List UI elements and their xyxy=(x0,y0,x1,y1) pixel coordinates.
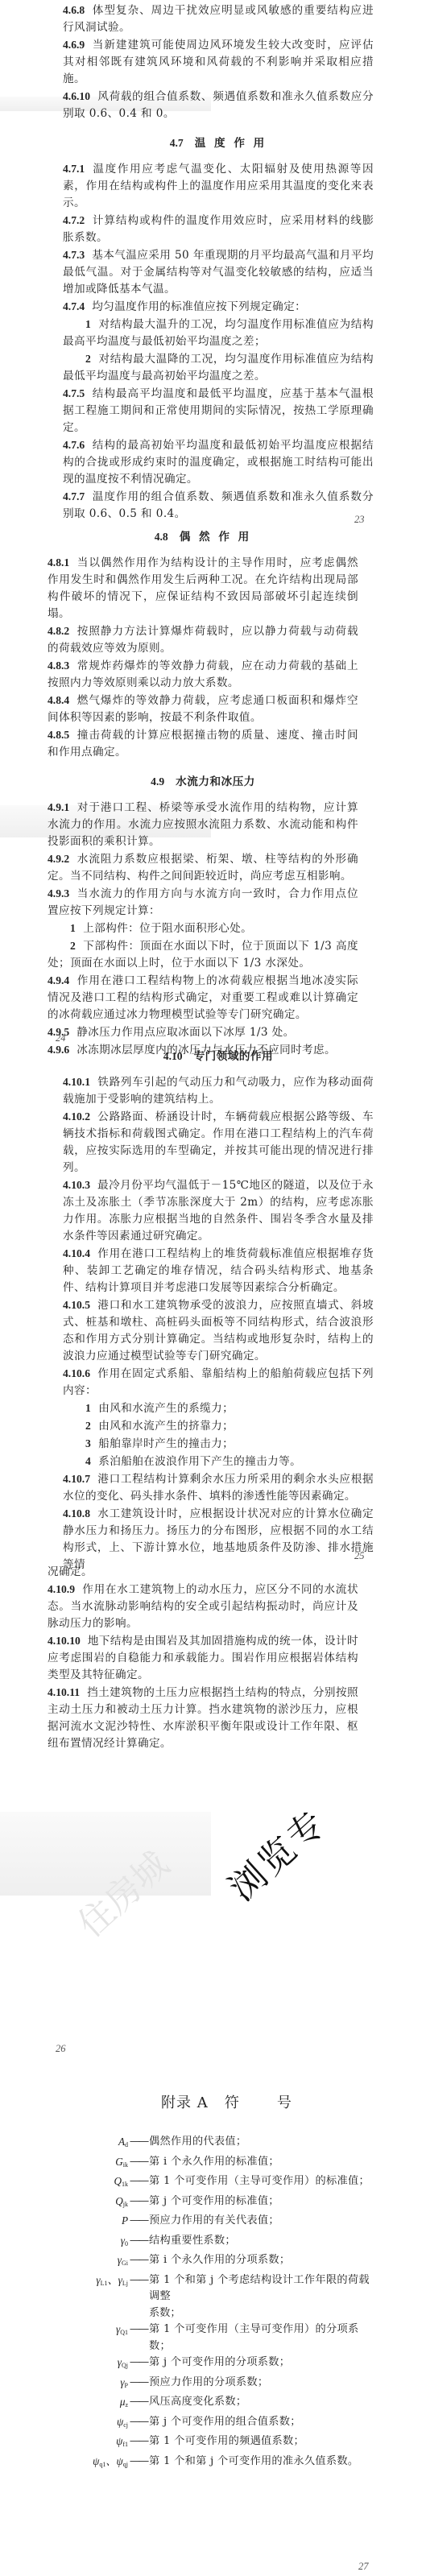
symbol-row: γL1、γLj —— 第 1 个和第 j 个考虑结构设计工作年限的荷载调整 xyxy=(32,2272,370,2305)
symbol: ψcj xyxy=(32,2414,128,2434)
symbol-definition: 第 1 个和第 j 个考虑结构设计工作年限的荷载调整 xyxy=(149,2272,370,2305)
clause-4-7-6: 4.7.6结构的最高初始平均温度和最低初始平均温度应根据结构的合拢或形成约束时的… xyxy=(63,436,374,488)
clause-4-7-4-item-1: 1对结构最大温升的工况，均匀温度作用标准值应为结构最高平均温度与最低初始平均温度… xyxy=(63,316,374,350)
clause-4-10-1: 4.10.1铁路列车引起的气动压力和气动吸力，应作为移动面荷载施加于受影响的建筑… xyxy=(63,1073,374,1108)
clause-4-10-6-item-1: 1由风和水流产生的系缆力； xyxy=(63,1400,374,1417)
clause-4-7-7: 4.7.7温度作用的组合值系数、频遇值系数和准永久值系数分别取 0.6、0.5 … xyxy=(63,488,374,523)
clause-4-10-9: 4.10.9作用在水工建筑物上的动水压力，应区分不同的水流状态。当水流脉动影响结… xyxy=(48,1581,358,1632)
clause-4-7-2: 4.7.2计算结构或构件的温度作用效应时，应采用材料的线膨胀系数。 xyxy=(63,212,374,246)
page-number-27: 27 xyxy=(358,2561,369,2573)
clause-4-10-10: 4.10.10地下结构是由围岩及其加固措施构成的统一体，设计时应考虑围岩的自稳能… xyxy=(48,1632,358,1684)
clause-4-10-6: 4.10.6作用在固定式系船、靠船结构上的船舶荷载应包括下列内容： xyxy=(63,1365,374,1400)
symbol-definition: 第 j 个可变作用的分项系数； xyxy=(149,2355,370,2375)
clause-4-10-3: 4.10.3最冷月份平均气温低于－15℃地区的隧道，以及位于永冻土及冻胀土（季节… xyxy=(63,1176,374,1245)
symbol: μz xyxy=(32,2394,128,2414)
symbol-row: P —— 预应力作用的有关代表值； xyxy=(32,2213,370,2233)
symbol-list: Ad —— 偶然作用的代表值； Gik —— 第 i 个永久作用的标准值； Q1… xyxy=(32,2134,370,2473)
clause-4-8-4: 4.8.4燃气爆炸的等效静力荷载，应考虑通口板面积和爆炸空间体积等因素的影响，按… xyxy=(48,692,358,726)
symbol-definition: 第 1 个可变作用（主导可变作用）的分项系数； xyxy=(149,2322,370,2355)
symbol: γP xyxy=(32,2375,128,2395)
page-number-24: 24 xyxy=(56,1032,66,1044)
symbol-row: γGi —— 第 i 个永久作用的分项系数； xyxy=(32,2252,370,2272)
clause-4-10-6-item-3: 3船舶靠岸时产生的撞击力； xyxy=(63,1435,374,1453)
clause-4-8-5: 4.8.5撞击荷载的计算应根据撞击物的质量、速度、撞击时间和作用点确定。 xyxy=(48,726,358,761)
page-25-content: 4.10专门领域的作用 4.10.1铁路列车引起的气动压力和气动吸力，应作为移动… xyxy=(63,1047,374,1573)
clause-4-6-8: 4.6.8体型复杂、周边干扰效应明显或风敏感的重要结构应进行风洞试验。 xyxy=(63,2,374,36)
section-heading-4-8: 4.8偶 然 作 用 xyxy=(48,527,358,544)
page-number-26: 26 xyxy=(56,2043,66,2055)
page-26-content: 况确定。 4.10.9作用在水工建筑物上的动水压力，应区分不同的水流状态。当水流… xyxy=(48,1564,358,1752)
clause-4-10-8-continuation: 况确定。 xyxy=(48,1564,358,1581)
symbol-row: Q1k —— 第 1 个可变作用（主导可变作用）的标准值； xyxy=(32,2173,370,2194)
clause-4-6-9: 4.6.9当新建建筑可能使周边风环境发生较大改变时，应评估其对相邻既有建筑风环境… xyxy=(63,36,374,88)
symbol: γL1、γLj xyxy=(32,2272,128,2305)
symbol-definition: 第 1 个和第 j 个可变作用的准永久值系数。 xyxy=(149,2454,370,2474)
symbol-row: Ad —— 偶然作用的代表值； xyxy=(32,2134,370,2154)
clause-4-10-7: 4.10.7港口工程结构计算剩余水压力所采用的剩余水头应根据水位的变化、码头排水… xyxy=(63,1470,374,1505)
clause-4-9-5: 4.9.5静冰压力作用点应取冰面以下冰厚 1/3 处。 xyxy=(48,1023,358,1041)
page-23-content: 4.6.8体型复杂、周边干扰效应明显或风敏感的重要结构应进行风洞试验。 4.6.… xyxy=(63,2,374,523)
symbol: Q1k xyxy=(32,2173,128,2194)
clause-4-8-3: 4.8.3常规炸药爆炸的等效静力荷载，应在动力荷载的基础上按照内力等效原则乘以动… xyxy=(48,657,358,692)
symbol: Gik xyxy=(32,2154,128,2174)
symbol: ψq1、ψqj xyxy=(32,2454,128,2474)
clause-4-9-1: 4.9.1对于港口工程、桥梁等承受水流作用的结构物，应计算水流力的作用。水流力应… xyxy=(48,799,358,850)
symbol-definition: 结构重要性系数； xyxy=(149,2233,370,2253)
page-number-25: 25 xyxy=(354,1550,365,1562)
symbol: γQj xyxy=(32,2355,128,2375)
section-heading-4-9: 4.9水流力和冰压力 xyxy=(48,772,358,788)
symbol-row: ψf1 —— 第 1 个可变作用的频遇值系数； xyxy=(32,2433,370,2454)
clause-4-10-4: 4.10.4作用在港口工程结构上的堆货荷载标准值应根据堆存货种、装卸工艺确定的堆… xyxy=(63,1245,374,1296)
symbol-row: Qjk —— 第 j 个可变作用的标准值； xyxy=(32,2194,370,2214)
symbol: P xyxy=(32,2213,128,2233)
page-number-23: 23 xyxy=(354,514,365,526)
symbol: γ0 xyxy=(32,2233,128,2253)
symbol: Ad xyxy=(32,2134,128,2154)
clause-4-8-1: 4.8.1当以偶然作用作为结构设计的主导作用时，应考虑偶然作用发生时和偶然作用发… xyxy=(48,554,358,622)
symbol-definition-continuation: 系数； xyxy=(32,2305,370,2322)
symbol-definition: 预应力作用的分项系数； xyxy=(149,2375,370,2395)
symbol-definition: 第 1 个可变作用（主导可变作用）的标准值； xyxy=(149,2173,370,2194)
symbol-definition: 第 i 个永久作用的分项系数； xyxy=(149,2252,370,2272)
symbol-row: γQ1 —— 第 1 个可变作用（主导可变作用）的分项系数； xyxy=(32,2322,370,2355)
symbol-row: Gik —— 第 i 个永久作用的标准值； xyxy=(32,2154,370,2174)
clause-4-7-3: 4.7.3基本气温应采用 50 年重现期的月平均最高气温和月平均最低气温。对于金… xyxy=(63,246,374,298)
symbol: Qjk xyxy=(32,2194,128,2214)
symbol: γQ1 xyxy=(32,2322,128,2355)
clause-4-6-10: 4.6.10风荷载的组合值系数、频遇值系数和准永久值系数应分别取 0.6、0.4… xyxy=(63,88,374,122)
symbol-row: γ0 —— 结构重要性系数； xyxy=(32,2233,370,2253)
clause-4-10-2: 4.10.2公路路面、桥涵设计时，车辆荷载应根据公路等级、车辆技术指标和荷载图式… xyxy=(63,1108,374,1176)
watermark: 浏览专 xyxy=(216,1795,337,1911)
clause-4-7-4: 4.7.4均匀温度作用的标准值应按下列规定确定： xyxy=(63,298,374,316)
clause-4-8-2: 4.8.2按照静力方法计算爆炸荷载时，应以静力荷载与动荷载的荷载效应等效为原则。 xyxy=(48,622,358,657)
symbol-definition: 第 j 个可变作用的标准值； xyxy=(149,2194,370,2214)
clause-4-10-6-item-4: 4系泊船舶在波浪作用下产生的撞击力等。 xyxy=(63,1453,374,1470)
symbol-definition: 第 1 个可变作用的频遇值系数； xyxy=(149,2433,370,2454)
clause-4-10-5: 4.10.5港口和水工建筑物承受的波浪力，应按照直墙式、斜坡式、桩基和墩柱、高桩… xyxy=(63,1296,374,1365)
page-24-content: 4.8偶 然 作 用 4.8.1当以偶然作用作为结构设计的主导作用时，应考虑偶然… xyxy=(48,527,358,1059)
clause-4-10-11: 4.10.11挡土建筑物的土压力应根据挡土结构的特点，分别按照主动土压力和被动土… xyxy=(48,1684,358,1752)
symbol-definition: 预应力作用的有关代表值； xyxy=(149,2213,370,2233)
symbol-definition: 第 j 个可变作用的组合值系数； xyxy=(149,2414,370,2434)
symbol-row: γQj —— 第 j 个可变作用的分项系数； xyxy=(32,2355,370,2375)
symbol: γGi xyxy=(32,2252,128,2272)
clause-4-7-5: 4.7.5结构最高平均温度和最低平均温度，应基于基本气温根据工程施工期间和正常使… xyxy=(63,385,374,436)
clause-4-10-6-item-2: 2由风和水流产生的挤靠力； xyxy=(63,1417,374,1435)
symbol-definition: 第 i 个永久作用的标准值； xyxy=(149,2154,370,2174)
symbol-row: ψcj —— 第 j 个可变作用的组合值系数； xyxy=(32,2414,370,2434)
symbol: ψf1 xyxy=(32,2433,128,2454)
clause-4-7-4-item-2: 2对结构最大温降的工况，均匀温度作用标准值应为结构最低平均温度与最高初始平均温度… xyxy=(63,350,374,385)
symbol-row: γP —— 预应力作用的分项系数； xyxy=(32,2375,370,2395)
symbol-row: ψq1、ψqj —— 第 1 个和第 j 个可变作用的准永久值系数。 xyxy=(32,2454,370,2474)
clause-4-9-3: 4.9.3当水流力的作用方向与水流方向一致时，合力作用点位置应按下列规定计算： xyxy=(48,885,358,920)
section-heading-4-7: 4.7温 度 作 用 xyxy=(63,134,374,150)
symbol-row: μz —— 风压高度变化系数； xyxy=(32,2394,370,2414)
clause-4-9-4: 4.9.4作用在港口工程结构物上的冰荷载应根据当地冰凌实际情况及港口工程的结构形… xyxy=(48,972,358,1023)
clause-4-7-1: 4.7.1温度作用应考虑气温变化、太阳辐射及使用热源等因素，作用在结构或构件上的… xyxy=(63,160,374,212)
clause-4-9-3-item-1: 1上部构件：位于阻水面积形心处。 xyxy=(48,920,358,937)
symbol-definition: 偶然作用的代表值； xyxy=(149,2134,370,2154)
section-heading-4-10: 4.10专门领域的作用 xyxy=(63,1047,374,1063)
clause-4-9-2: 4.9.2水流阻力系数应根据梁、桁架、墩、柱等结构的外形确定。当不同结构、构件之… xyxy=(48,850,358,885)
clause-4-9-3-item-2: 2下部构件：顶面在水面以下时，位于顶面以下 1/3 高度处；顶面在水面以上时，位… xyxy=(48,937,358,972)
symbol-definition: 风压高度变化系数； xyxy=(149,2394,370,2414)
appendix-title: 附录 A 符号 xyxy=(161,2091,292,2112)
